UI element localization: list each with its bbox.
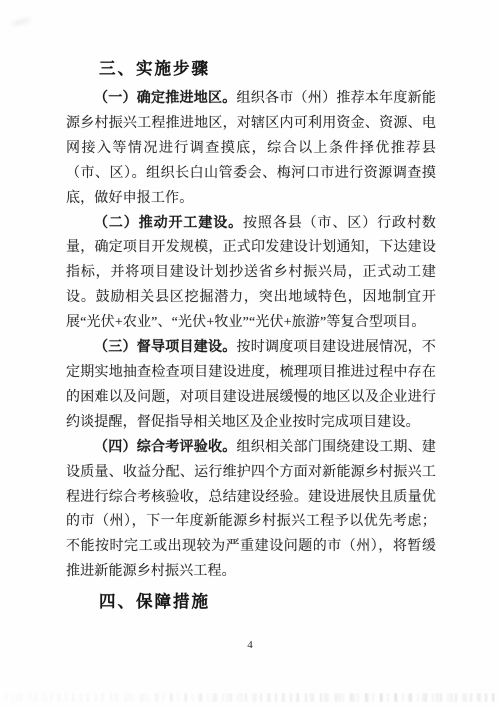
page-number: 4 — [0, 639, 500, 651]
scan-noise-artifact — [5, 693, 495, 702]
paragraph-2-lead: （二）推动开工建设。 — [94, 216, 243, 231]
paragraph-4-lead: （四）综合考评验收。 — [94, 440, 237, 455]
paragraph-4: （四）综合考评验收。组织相关部门围绕建设工期、建设质量、收益分配、运行维护四个方… — [66, 436, 436, 585]
document-content: 三、实施步骤 （一）确定推进地区。组织各市（州）推荐本年度新能源乡村振兴工程推进… — [66, 56, 436, 615]
paragraph-4-text: 组织相关部门围绕建设工期、建设质量、收益分配、运行维护四个方面对新能源乡村振兴工… — [66, 440, 436, 580]
section-heading-safeguard-measures: 四、保障措施 — [66, 589, 436, 615]
paragraph-1-text: 组织各市（州）推荐本年度新能源乡村振兴工程推进地区，对辖区内可利用资金、资源、电… — [66, 91, 436, 206]
document-page: 三、实施步骤 （一）确定推进地区。组织各市（州）推荐本年度新能源乡村振兴工程推进… — [0, 0, 500, 707]
scan-smudge-artifact — [11, 18, 31, 27]
paragraph-1: （一）确定推进地区。组织各市（州）推荐本年度新能源乡村振兴工程推进地区，对辖区内… — [66, 87, 436, 212]
paragraph-2-text: 按照各县（市、区）行政村数量，确定项目开发规模，正式印发建设计划通知，下达建设指… — [66, 216, 436, 331]
paragraph-1-lead: （一）确定推进地区。 — [94, 91, 237, 106]
paragraph-3: （三）督导项目建设。按时调度项目建设进展情况，不定期实地抽查检查项目建设进度，梳… — [66, 336, 436, 436]
paragraph-3-lead: （三）督导项目建设。 — [94, 340, 237, 355]
paragraph-2: （二）推动开工建设。按照各县（市、区）行政村数量，确定项目开发规模，正式印发建设… — [66, 212, 436, 337]
section-heading-implementation-steps: 三、实施步骤 — [66, 56, 436, 82]
